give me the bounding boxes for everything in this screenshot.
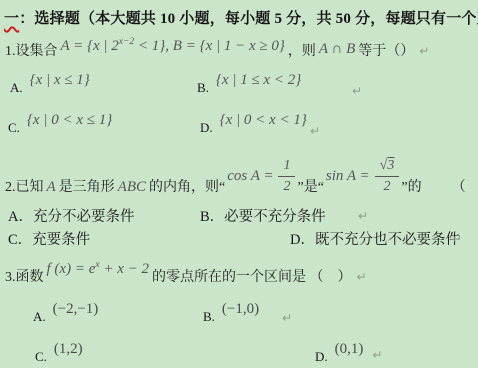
q2-cos-numerator: 1 [278, 157, 295, 177]
q3-option-b-value: (−1,0) [222, 301, 259, 317]
paragraph-mark-icon: ↵ [310, 124, 320, 138]
q3-option-d: D. (0,1) ↵ [315, 340, 382, 358]
q2-options-row-ab: A．充分不必要条件 B．必要不充分条件 ↵ [0, 205, 478, 227]
question-2-stem: 2.已知 A 是三角形 ABC 的内角，则“ cos A = 1 2 ”是“ s… [5, 150, 466, 196]
q2-quote-mid: ”是“ [297, 180, 323, 196]
q2-cos-denominator: 2 [278, 177, 295, 196]
q2-cos-lhs: cos A = [227, 168, 273, 185]
q1-suffix: 等于（） [358, 44, 414, 59]
document-page: 一：选择题（本大题共 10 小题，每小题 5 分，共 50 分，每题只有一个正确… [0, 0, 478, 368]
q3-function-formula: f (x) = ex + x − 2 [47, 261, 149, 277]
paragraph-mark-icon: ↵ [352, 84, 362, 98]
q3-formula-base: f (x) = e [47, 261, 96, 277]
question-1-stem: 1.设集合A = {x | 2x−2 < 1}, B = {x | 1 − x … [5, 42, 429, 60]
q2-option-a: A．充分不必要条件 [8, 205, 134, 226]
q3-option-a-label: A. [33, 309, 46, 324]
q2-cos-equation: cos A = 1 2 [227, 157, 295, 196]
q1-options-row-cd: C. {x | 0 < x ≤ 1} D. {x | 0 < x < 1} ↵ [0, 111, 478, 145]
paragraph-mark-icon: ↵ [419, 44, 429, 58]
q3-prefix: 3.函数 [5, 270, 44, 285]
q2-sin-radicand: 3 [387, 158, 394, 173]
section-title: 一：选择题（本大题共 10 小题，每小题 5 分，共 50 分，每题只有一个正确… [4, 7, 478, 28]
q2-options-row-cd: C．充要条件 D．既不充分也不必要条件 ↵ [0, 228, 478, 250]
q2-open-paren: （ [452, 180, 466, 196]
q1-intersection-expr: A ∩ B [319, 41, 355, 57]
q1-option-b: B. {x | 1 ≤ x < 2} [197, 71, 301, 89]
q1-option-b-label: B. [197, 80, 209, 95]
q1-option-c-label: C. [8, 120, 20, 135]
q1-option-d-value: {x | 0 < x < 1} [220, 112, 307, 128]
question-3-stem: 3.函数f (x) = ex + x − 2的零点所在的一个区间是 （ ）↵ [5, 268, 367, 286]
q2-option-b: B．必要不充分条件 [200, 205, 326, 226]
section-title-rest: ：选择题（本大题共 10 小题，每小题 5 分，共 50 分，每题只有一个正确答 [19, 11, 478, 27]
q3-option-c-value: (1,2) [54, 341, 83, 357]
q3-formula-rest: + x − 2 [100, 261, 149, 277]
q1-option-a: A. {x | x ≤ 1} [10, 71, 90, 89]
q2-option-d: D．既不充分也不必要条件 [290, 228, 460, 249]
q3-option-c-label: C. [35, 349, 47, 364]
q3-options-row-ab: A. (−2,−1) B. (−1,0) ↵ [0, 300, 478, 334]
q1-option-d-label: D. [200, 120, 213, 135]
q1-option-a-label: A. [10, 80, 23, 95]
q3-option-a-value: (−2,−1) [53, 301, 99, 317]
q1-option-c: C. {x | 0 < x ≤ 1} [8, 111, 112, 129]
q1-formula-exponent: x−2 [119, 37, 134, 47]
q2-mid1: 是三角形 [59, 180, 115, 196]
q3-option-b: B. (−1,0) [203, 300, 259, 318]
q2-cos-fraction: 1 2 [278, 157, 295, 196]
paragraph-mark-icon: ↵ [452, 232, 462, 246]
q1-option-a-value: {x | x ≤ 1} [30, 72, 90, 88]
q1-set-formula: A = {x | 2x−2 < 1}, B = {x | 1 − x ≥ 0} [61, 38, 285, 54]
q3-option-d-label: D. [315, 349, 328, 364]
q1-option-d: D. {x | 0 < x < 1} [200, 111, 307, 129]
paragraph-mark-icon: ↵ [358, 209, 368, 223]
q3-option-a: A. (−2,−1) [33, 300, 98, 318]
q3-option-b-label: B. [203, 309, 215, 324]
q2-mid2: 的内角，则“ [149, 180, 225, 196]
paragraph-mark-icon: ↵ [372, 348, 382, 362]
q3-option-d-value: (0,1) [335, 341, 364, 357]
q1-prefix: 1.设集合 [5, 44, 58, 59]
q2-sin-denominator: 2 [375, 177, 400, 196]
q1-mid: ，则 [288, 44, 316, 59]
q3-options-row-cd: C. (1,2) D. (0,1) ↵ [0, 340, 478, 368]
q2-sin-fraction: √3 2 [375, 157, 400, 196]
paragraph-mark-icon: ↵ [282, 311, 292, 325]
q2-sin-equation: sin A = √3 2 [326, 157, 399, 196]
q1-formula-rest: < 1}, B = {x | 1 − x ≥ 0} [134, 38, 285, 54]
spellcheck-squiggle-text: 一 [4, 11, 19, 27]
q2-sin-lhs: sin A = [326, 168, 370, 185]
q1-option-b-value: {x | 1 ≤ x < 2} [216, 72, 301, 88]
q2-suffix: ”的 [401, 180, 421, 196]
q3-suffix: 的零点所在的一个区间是 （ ） [152, 270, 352, 285]
q1-option-c-value: {x | 0 < x ≤ 1} [27, 112, 112, 128]
paragraph-mark-icon: ↵ [356, 270, 366, 284]
q1-options-row-ab: A. {x | x ≤ 1} B. {x | 1 ≤ x < 2} ↵ [0, 71, 478, 105]
q2-sin-numerator: √3 [375, 157, 400, 177]
q2-triangle-abc: ABC [118, 179, 146, 196]
q2-variable-a: A [47, 179, 56, 196]
q2-prefix: 2.已知 [5, 180, 44, 196]
q1-formula-base: A = {x | 2 [61, 38, 119, 54]
q3-option-c: C. (1,2) [35, 340, 83, 358]
q2-option-c: C．充要条件 [8, 228, 90, 249]
